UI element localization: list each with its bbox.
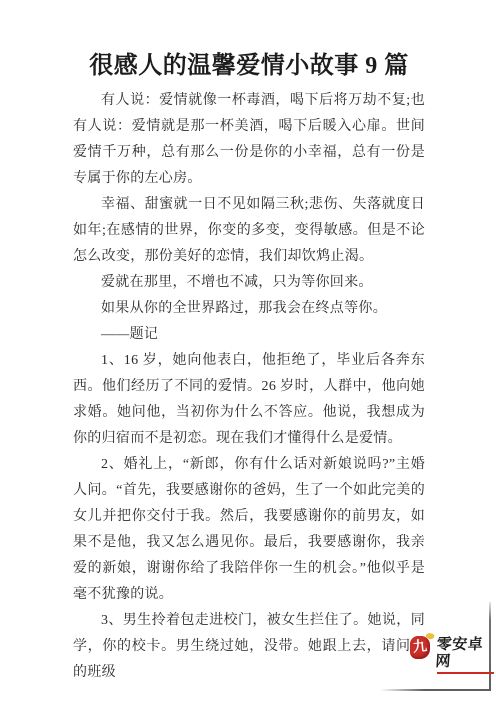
paragraph: 1、16 岁，她向他表白，他拒绝了，毕业后各奔东西。他们经历了不同的爱情。26 … — [73, 348, 425, 452]
paragraph: 2、婚礼上，“新郎，你有什么话对新娘说吗?”主婚人问。“首先，我要感谢你的爸妈，… — [73, 452, 425, 608]
paragraph: 3、男生拎着包走进校门，被女生拦住了。她说，同学，你的校卡。男生绕过她，没带。她… — [73, 608, 425, 686]
paragraph: 幸福、甜蜜就一日不见如隔三秋;悲伤、失落就度日如年;在感情的世界，你变的多变，变… — [73, 192, 425, 270]
paragraph: 如果从你的全世界路过，那我会在终点等你。 — [73, 296, 425, 322]
site-name-underline — [437, 672, 494, 674]
site-watermark: 九 零安卓网 — [410, 636, 496, 675]
document-page: 很感人的温馨爱情小故事 9 篇 有人说：爱情就像一杯毒酒，喝下后将万劫不复;也有… — [0, 0, 496, 702]
paragraph: ——题记 — [73, 322, 425, 348]
site-name-block: 零安卓网 — [434, 636, 496, 675]
seal-character: 九 — [412, 640, 427, 655]
paragraph: 爱就在那里，不增也不减，只为等你回来。 — [73, 270, 425, 296]
paragraph: 有人说：爱情就像一杯毒酒，喝下后将万劫不复;也有人说：爱情就是那一杯美酒，喝下后… — [73, 88, 425, 192]
document-content: 很感人的温馨爱情小故事 9 篇 有人说：爱情就像一杯毒酒，喝下后将万劫不复;也有… — [73, 50, 425, 686]
content-frame-bottom-border — [380, 689, 491, 691]
document-body: 有人说：爱情就像一杯毒酒，喝下后将万劫不复;也有人说：爱情就是那一杯美酒，喝下后… — [73, 88, 425, 686]
site-name: 零安卓网 — [435, 637, 496, 671]
seal-icon: 九 — [410, 636, 430, 659]
page-title: 很感人的温馨爱情小故事 9 篇 — [73, 50, 425, 82]
